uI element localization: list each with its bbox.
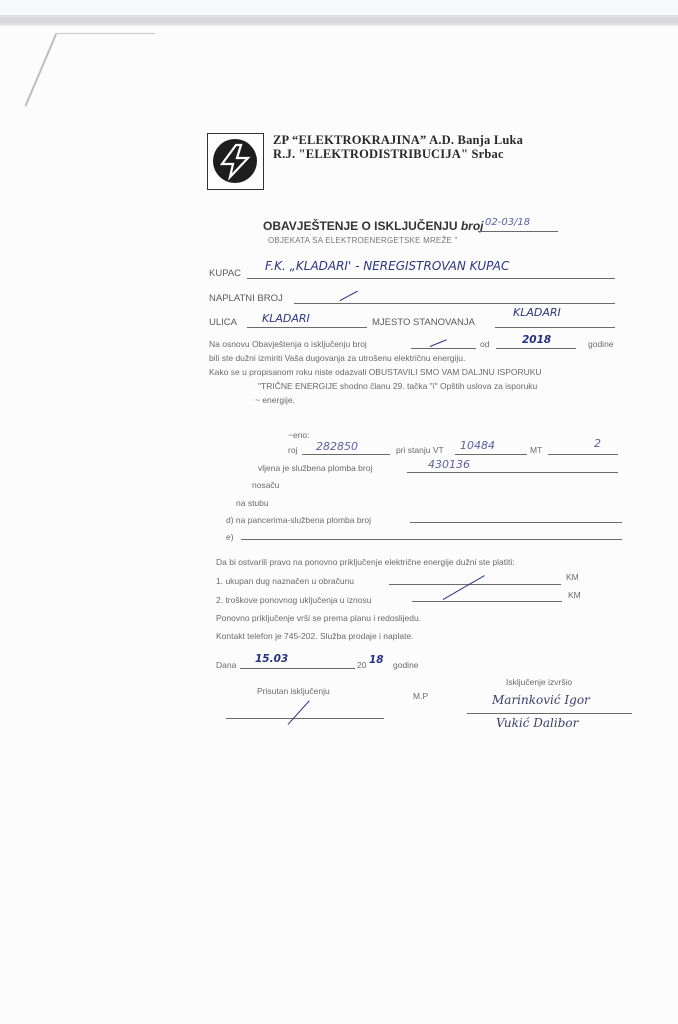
footer-dana-value: 15.03 [255,653,288,665]
meter-plomba-line [407,472,618,473]
body-od-value: 2018 [522,334,551,346]
kupac-value: F.K. „KLADARI' - NEREGISTROVAN KUPAC [265,259,509,273]
title-main: OBAVJEŠTENJE O ISKLJUČENJU [263,219,458,233]
payment-intro: Da bi ostvarili pravo na ponovno priklju… [216,557,515,567]
meter-d-line [410,522,622,523]
footer-mp-label: M.P [413,691,428,701]
meter-d-label: d) na pancerima-službena plomba broj [226,515,371,525]
payment-item1-line [389,584,561,585]
meter-vt-label: pri stanju VT [396,445,444,455]
meter-stubu-label: na stubu [236,498,269,508]
payment-item2-currency: KM [568,590,581,600]
footer-dana-line [240,668,355,669]
meter-mt-line [548,454,618,455]
payment-item1-currency: KM [566,572,579,582]
page-fold-mark [55,33,155,34]
meter-broj-line [302,454,390,455]
payment-item2-label: 2. troškove ponovnog uključenja u iznosu [216,595,371,605]
body-line3: Kako se u propisanom roku niste odazvali… [209,367,542,377]
body-line5: ~ energije. [255,395,295,405]
footer-prisutan-signature-line [226,718,384,719]
meter-broj-value: 282850 [316,440,358,453]
mjesto-value: KLADARI [513,306,561,319]
meter-vt-value: 10484 [460,439,495,452]
signature-1: Marinković Igor [492,693,590,707]
payment-note2: Kontakt telefon je 745-202. Služba proda… [216,631,414,641]
payment-item2-line [412,601,562,602]
viewer-toolbar-edge [0,15,678,26]
footer-godine-label: godine [393,660,419,670]
lightning-bolt-icon [208,134,262,188]
company-name: ZP “ELEKTROKRAJINA” A.D. Banja Luka [273,133,523,148]
document-title: OBAVJEŠTENJE O ISKLJUČENJU broj [263,219,484,233]
meter-nosacu-label: nosaču [252,480,279,490]
footer-dana-label: Dana [216,660,236,670]
ulica-value: KLADARI [262,312,310,325]
meter-e-label: e) [226,532,234,542]
meter-plomba-value: 430136 [428,458,470,471]
kupac-label: KUPAC [209,268,241,279]
mjesto-line [495,327,615,328]
payment-item1-label: 1. ukupan dug naznačen u obračunu [216,576,354,586]
title-broj-value: 02-03/18 [485,217,530,228]
footer-prisutan-label: Prisutan isključenju [257,686,330,696]
signature-2: Vukić Dalibor [496,716,578,730]
naplatni-broj-label: NAPLATNI BROJ [209,293,283,304]
company-unit: R.J. "ELEKTRODISTRIBUCIJA" Srbac [273,147,504,162]
meter-mt-label: MT [530,445,542,455]
company-logo [207,133,264,190]
viewer-top-strip [0,0,678,15]
meter-mt-value: 2 [594,437,601,450]
body-line4: "TRIČNE ENERGIJE shodno članu 29. tačka … [258,381,537,391]
document-subtitle: OBJEKATA SA ELEKTROENERGETSKE MREŽE " [268,236,458,245]
meter-broj-label: roj [288,445,297,455]
title-broj-line [478,231,558,232]
ulica-label: ULICA [209,317,237,328]
footer-year-value: 18 [369,654,384,666]
naplatni-broj-line [294,303,615,304]
meter-plomba-label: vljena je službena plomba broj [258,463,372,473]
scanned-document-page [0,26,678,1024]
body-line2: bili ste dužni izmiriti Vaša dugovanja z… [209,353,465,363]
mjesto-label: MJESTO STANOVANJA [372,317,475,328]
footer-izvrsio-label: Isključenje izvršio [506,677,572,687]
meter-e-line [241,539,622,540]
body-od-label: od [480,339,489,349]
ulica-line [247,327,367,328]
body-broj-line [411,348,476,349]
meter-skinuto-label: ~eno: [288,430,310,440]
kupac-line [247,278,615,279]
meter-vt-line [455,454,527,455]
footer-izvrsio-signature-line [467,713,632,714]
payment-note1: Ponovno priključenje vrši se prema planu… [216,613,421,623]
body-od-line [496,348,576,349]
body-godine-label: godine [588,339,614,349]
footer-year-prefix: 20 [357,660,366,670]
body-line1-text: Na osnovu Obavještenja o isključenju bro… [209,339,367,349]
